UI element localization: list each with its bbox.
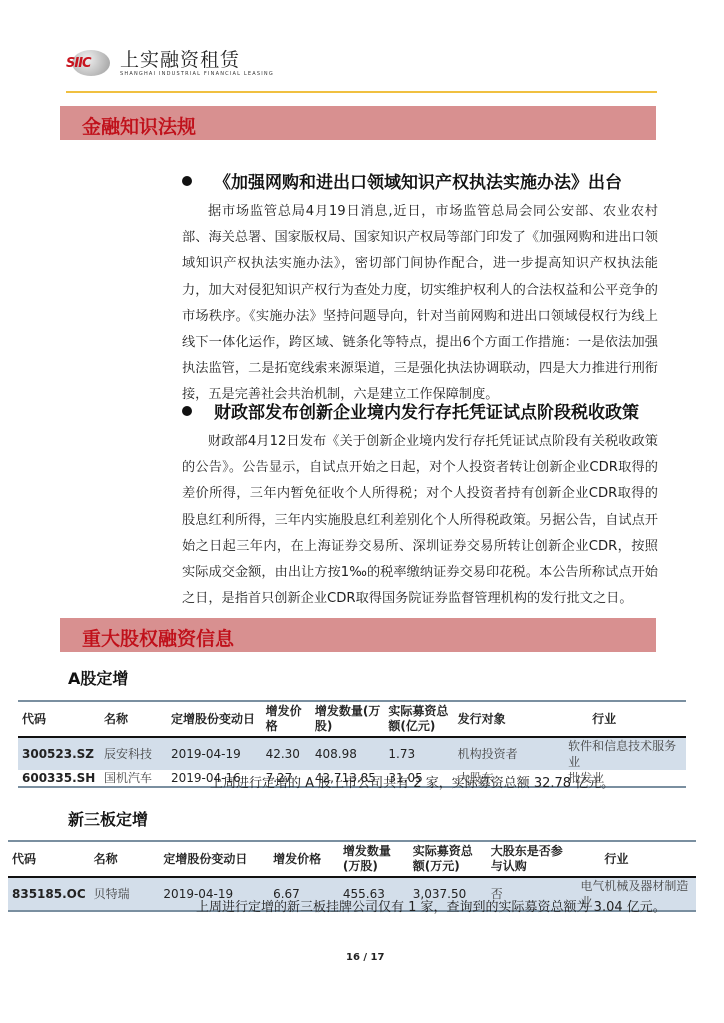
neeq-summary: 上周进行定增的新三板挂牌公司仅有 1 家，查询到的实际募资总额为 3.04 亿元… <box>196 896 666 915</box>
subsection-title-a-share: A股定增 <box>68 666 128 689</box>
column-header: 实际募资总额(亿元) <box>384 701 453 737</box>
company-logo: SIIC 上实融资租赁 SHANGHAI INDUSTRIAL FINANCIA… <box>66 48 274 78</box>
column-header: 名称 <box>90 841 160 877</box>
article-body: 财政部4月12日发布《关于创新企业境内发行存托凭证试点阶段有关税收政策的公告》。… <box>182 429 658 612</box>
column-header: 定增股份变动日 <box>159 841 269 877</box>
bullet-icon <box>182 176 192 186</box>
section-title: 重大股权融资信息 <box>82 624 234 651</box>
table-row: 300523.SZ 辰安科技 2019-04-19 42.30 408.98 1… <box>18 737 686 770</box>
column-header: 增发价格 <box>269 841 339 877</box>
column-header: 实际募资总额(万元) <box>409 841 487 877</box>
bullet-icon <box>182 406 192 416</box>
column-header: 增发数量(万股) <box>339 841 409 877</box>
column-header: 大股东是否参与认购 <box>487 841 577 877</box>
article-title: 《加强网购和进出口领域知识产权执法实施办法》出台 <box>182 168 622 193</box>
column-header: 名称 <box>100 701 167 737</box>
siic-logo-icon: SIIC <box>66 48 116 78</box>
column-header: 发行对象 <box>454 701 565 737</box>
column-header: 行业 <box>576 841 696 877</box>
article-body: 据市场监管总局4月19日消息,近日，市场监管总局会同公安部、农业农村部、海关总署… <box>182 199 658 409</box>
column-header: 代码 <box>18 701 100 737</box>
column-header: 增发数量(万股) <box>311 701 385 737</box>
table-header-row: 代码 名称 定增股份变动日 增发价格 增发数量(万股) 实际募资总额(亿元) 发… <box>18 701 686 737</box>
header-divider <box>66 91 657 93</box>
table-header-row: 代码 名称 定增股份变动日 增发价格 增发数量(万股) 实际募资总额(万元) 大… <box>8 841 696 877</box>
company-name-en: SHANGHAI INDUSTRIAL FINANCIAL LEASING <box>120 71 274 77</box>
column-header: 定增股份变动日 <box>167 701 262 737</box>
column-header: 代码 <box>8 841 90 877</box>
section-title: 金融知识法规 <box>82 112 196 139</box>
column-header: 增发价格 <box>262 701 311 737</box>
section-banner-regulations: 金融知识法规 <box>60 106 656 140</box>
a-share-summary: 上周进行定增的 A 股上市公司共有 2 家，实际募资总额 32.78 亿元。 <box>210 772 614 791</box>
page-number: 16 / 17 <box>346 952 384 963</box>
section-banner-equity-financing: 重大股权融资信息 <box>60 618 656 652</box>
article-title: 财政部发布创新企业境内发行存托凭证试点阶段税收政策 <box>182 398 639 423</box>
company-name-cn: 上实融资租赁 <box>120 50 274 70</box>
subsection-title-neeq: 新三板定增 <box>68 807 148 830</box>
column-header: 行业 <box>564 701 686 737</box>
